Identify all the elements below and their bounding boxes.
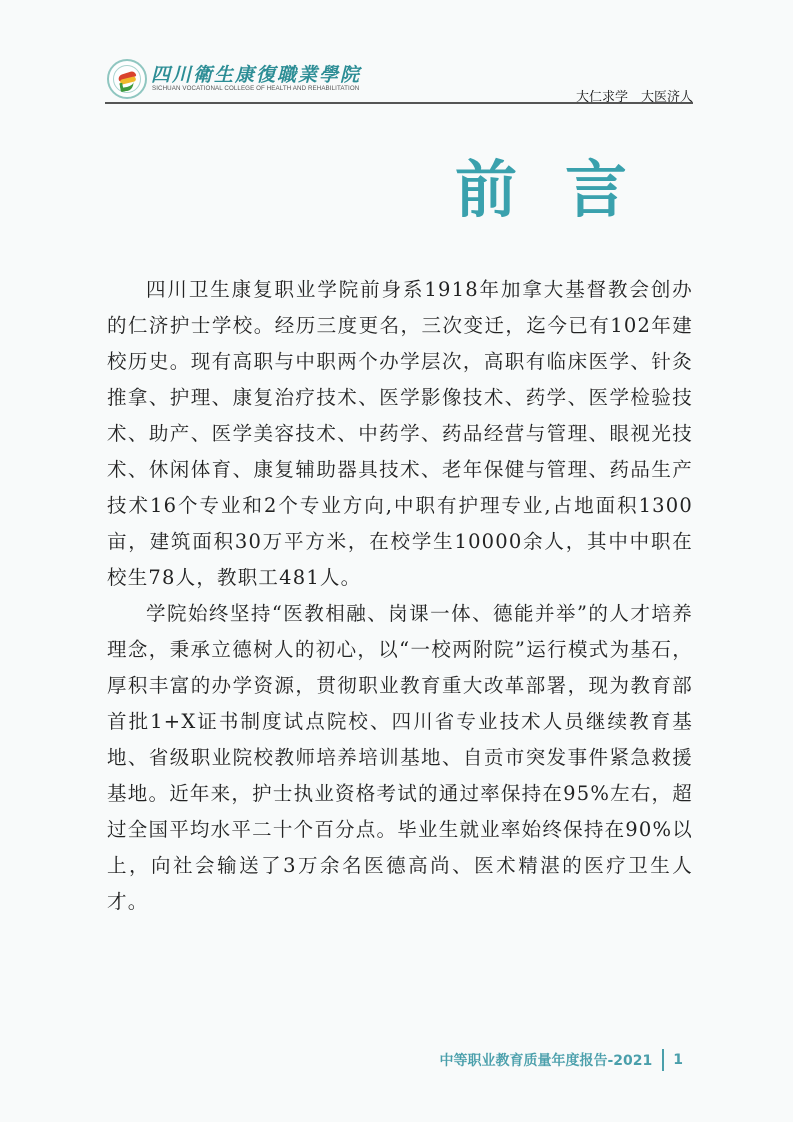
page-header: 四川衛生康復職業學院 SICHUAN VOCATIONAL COLLEGE OF…	[105, 56, 693, 104]
paragraph-history: 四川卫生康复职业学院前身系1918年加拿大基督教会创办的仁济护士学校。经历三度更…	[107, 272, 693, 596]
report-title: 中等职业教育质量年度报告-2021	[439, 1050, 652, 1070]
college-name-en: SICHUAN VOCATIONAL COLLEGE OF HEALTH AND…	[152, 85, 359, 92]
paragraph-philosophy: 学院始终坚持“医教相融、岗课一体、德能并举”的人才培养理念，秉承立德树人的初心，…	[107, 596, 693, 920]
page-number: 1	[673, 1052, 683, 1068]
header-divider	[105, 102, 693, 104]
college-emblem-icon	[107, 59, 147, 99]
page-footer: 中等职业教育质量年度报告-2021 1	[439, 1048, 683, 1072]
preface-body: 四川卫生康复职业学院前身系1918年加拿大基督教会创办的仁济护士学校。经历三度更…	[107, 272, 693, 920]
page-title: 前言	[455, 152, 655, 227]
footer-divider	[662, 1049, 664, 1071]
college-name-cn: 四川衛生康復職業學院	[151, 60, 361, 87]
